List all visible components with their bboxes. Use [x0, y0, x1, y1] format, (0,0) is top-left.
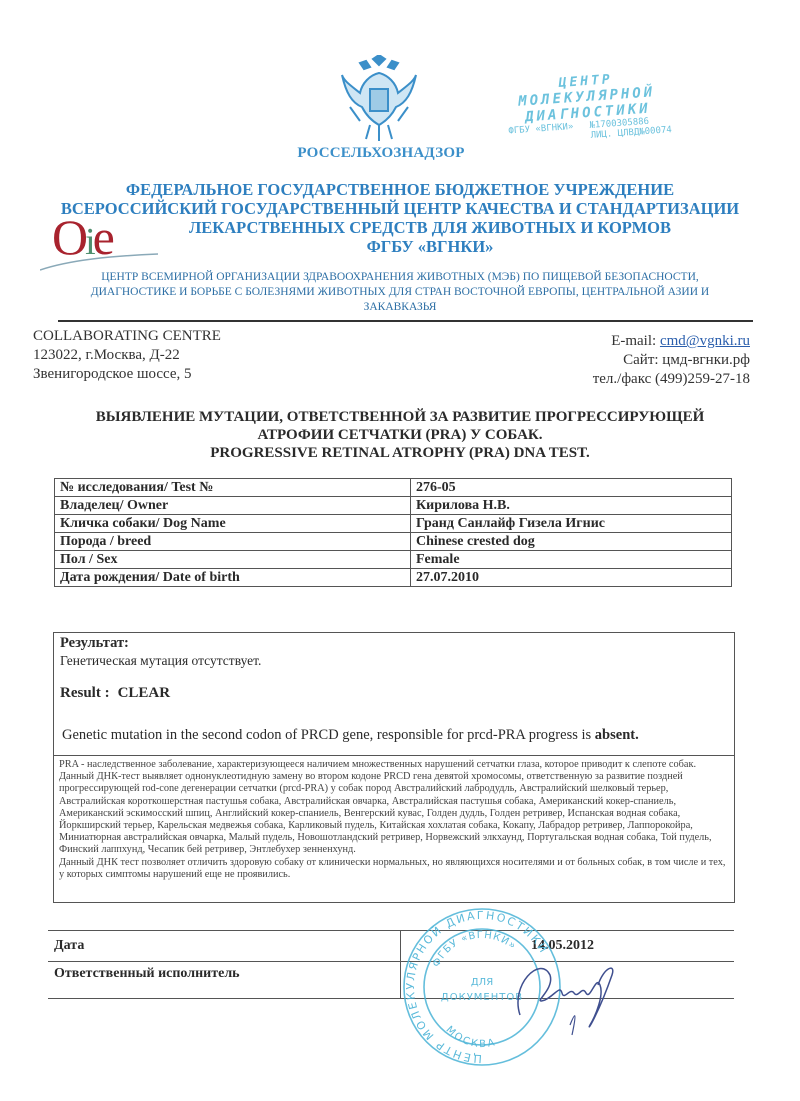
notes-text: PRA - наследственное заболевание, характ…	[59, 759, 729, 881]
field-value: Chinese crested dog	[411, 533, 732, 551]
signature-icon	[500, 945, 630, 1040]
email-line: E-mail: cmd@vgnki.ru	[593, 332, 750, 351]
address-line: 123022, г.Москва, Д-22	[33, 346, 221, 365]
table-row: Дата рождения/ Date of birth27.07.2010	[55, 569, 732, 587]
table-row: Владелец/ OwnerКирилова Н.В.	[55, 497, 732, 515]
header-divider	[58, 320, 753, 322]
executor-label: Ответственный исполнитель	[48, 962, 401, 999]
result-box: Результат: Генетическая мутация отсутств…	[53, 632, 735, 755]
site-line: Сайт: цмд-вгнки.рф	[593, 351, 750, 370]
result-heading: Результат:	[60, 635, 129, 652]
field-value: 276-05	[411, 479, 732, 497]
phone-line: тел./факс (499)259-27-18	[593, 370, 750, 389]
title-line: АТРОФИИ СЕТЧАТКИ (PRA) У СОБАК.	[40, 426, 760, 444]
center-stamp: ЦЕНТР МОЛЕКУЛЯРНОЙ ДИАГНОСТИКИ ФГБУ «ВГН…	[503, 68, 672, 146]
agency-name: РОССЕЛЬХОЗНАДЗОР	[296, 145, 466, 162]
field-label: Пол / Sex	[55, 551, 411, 569]
title-line: PROGRESSIVE RETINAL ATROPHY (PRA) DNA TE…	[40, 444, 760, 462]
notes-paragraph: PRA - наследственное заболевание, характ…	[59, 759, 729, 857]
field-value: Кирилова Н.В.	[411, 497, 732, 515]
field-label: № исследования/ Test №	[55, 479, 411, 497]
coat-of-arms-icon	[340, 55, 418, 143]
field-label: Порода / breed	[55, 533, 411, 551]
swoosh-icon	[40, 252, 160, 272]
address-line: COLLABORATING CENTRE	[33, 327, 221, 346]
oie-line: ДИАГНОСТИКЕ И БОРЬБЕ С БОЛЕЗНЯМИ ЖИВОТНЫ…	[50, 285, 750, 300]
address-line: Звенигородское шоссе, 5	[33, 365, 221, 384]
oie-line: ЦЕНТР ВСЕМИРНОЙ ОРГАНИЗАЦИИ ЗДРАВООХРАНЕ…	[50, 270, 750, 285]
result-value: CLEAR	[118, 685, 171, 701]
table-row: Пол / SexFemale	[55, 551, 732, 569]
table-row: № исследования/ Test №276-05	[55, 479, 732, 497]
contacts-block: E-mail: cmd@vgnki.ru Сайт: цмд-вгнки.рф …	[593, 332, 750, 389]
oie-center-description: ЦЕНТР ВСЕМИРНОЙ ОРГАНИЗАЦИИ ЗДРАВООХРАНЕ…	[50, 270, 750, 315]
oie-line: ЗАКАВКАЗЬЯ	[50, 300, 750, 315]
field-value: Female	[411, 551, 732, 569]
field-label: Дата рождения/ Date of birth	[55, 569, 411, 587]
notes-paragraph: Данный ДНК тест позволяет отличить здоро…	[59, 857, 729, 881]
result-en: Result :CLEAR	[60, 685, 170, 702]
table-row: Порода / breedChinese crested dog	[55, 533, 732, 551]
field-value: 27.07.2010	[411, 569, 732, 587]
field-label: Кличка собаки/ Dog Name	[55, 515, 411, 533]
field-value: Гранд Санлайф Гизела Игнис	[411, 515, 732, 533]
signoff-table: Дата 14.05.2012 Ответственный исполнител…	[48, 930, 734, 999]
email-link[interactable]: cmd@vgnki.ru	[660, 333, 750, 349]
title-line: ВЫЯВЛЕНИЕ МУТАЦИИ, ОТВЕТСТВЕННОЙ ЗА РАЗВ…	[40, 408, 760, 426]
field-label: Владелец/ Owner	[55, 497, 411, 515]
address-block: COLLABORATING CENTRE 123022, г.Москва, Д…	[33, 327, 221, 384]
table-row: Кличка собаки/ Dog NameГранд Санлайф Гиз…	[55, 515, 732, 533]
result-ru-text: Генетическая мутация отсутствует.	[60, 653, 261, 669]
result-description: Genetic mutation in the second codon of …	[62, 727, 639, 744]
svg-text:ДЛЯ: ДЛЯ	[471, 977, 493, 988]
oie-logo: Oie	[40, 212, 160, 272]
institution-line: ФЕДЕРАЛЬНОЕ ГОСУДАРСТВЕННОЕ БЮДЖЕТНОЕ УЧ…	[40, 180, 760, 199]
dog-info-table: № исследования/ Test №276-05Владелец/ Ow…	[54, 478, 732, 587]
document-title: ВЫЯВЛЕНИЕ МУТАЦИИ, ОТВЕТСТВЕННОЙ ЗА РАЗВ…	[40, 408, 760, 462]
notes-box: PRA - наследственное заболевание, характ…	[53, 755, 735, 903]
date-label: Дата	[48, 931, 401, 962]
